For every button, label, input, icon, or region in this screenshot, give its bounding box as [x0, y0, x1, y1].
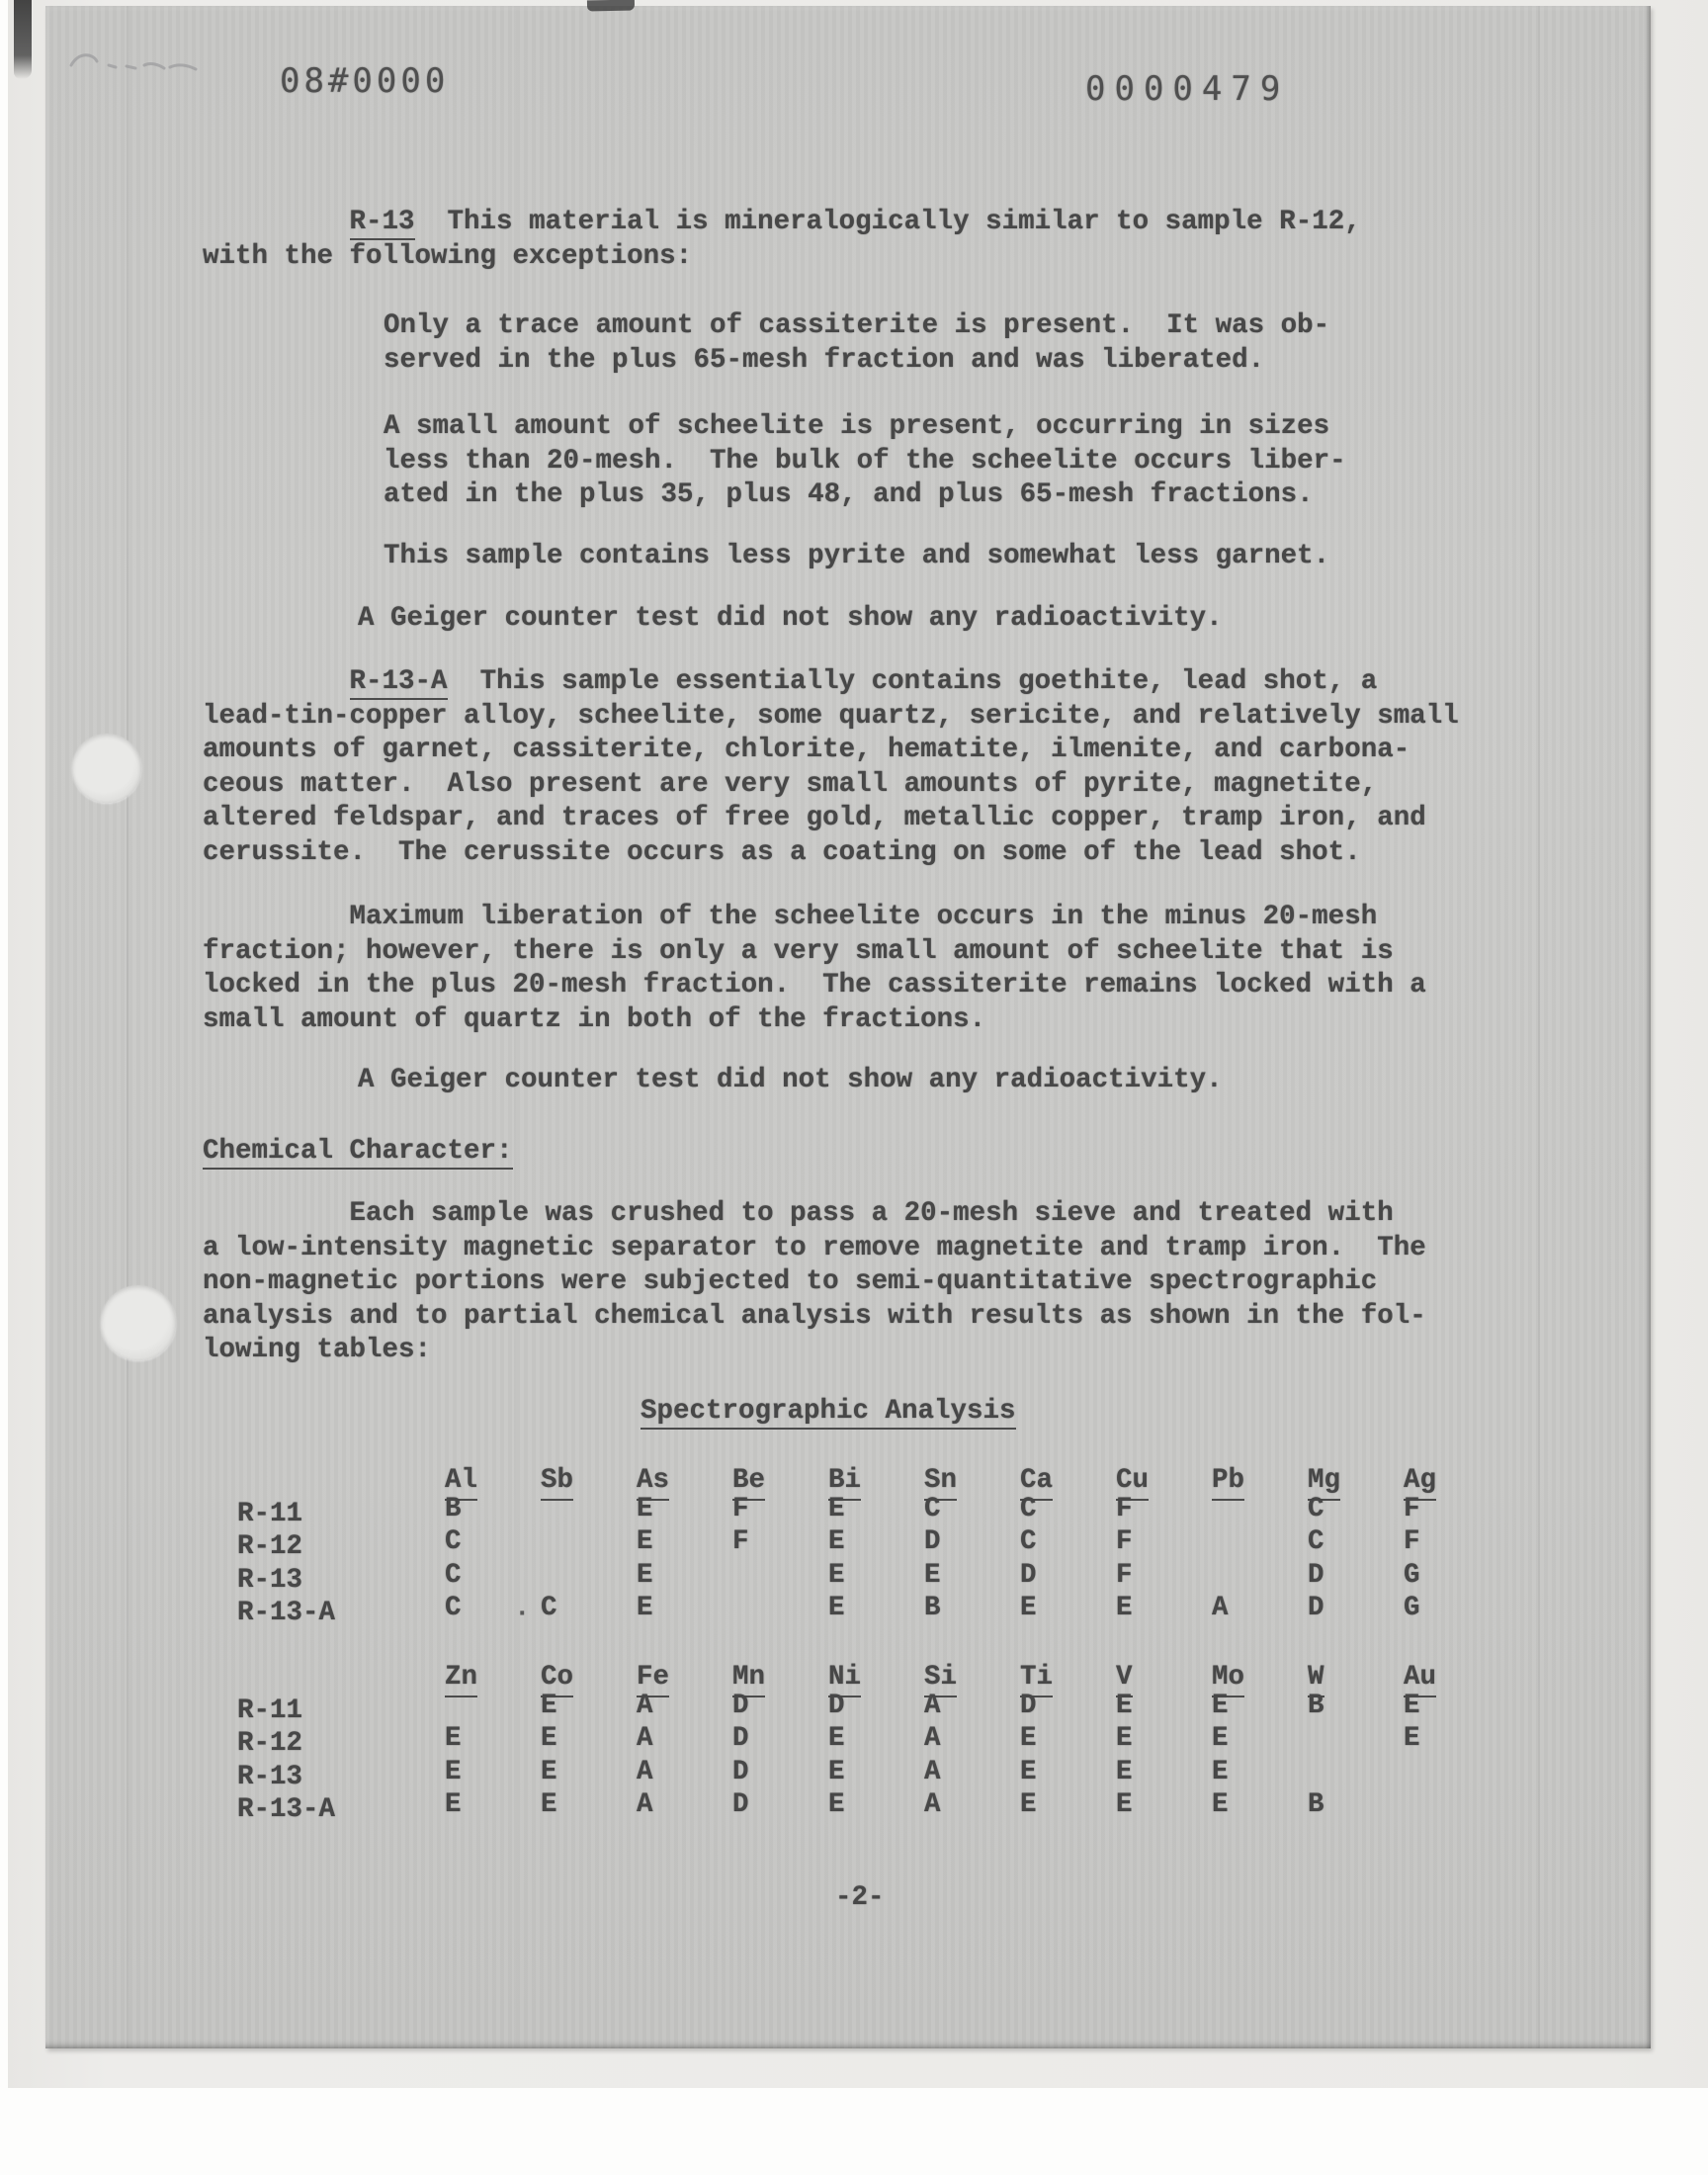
stamp-number-left: 08#0000	[280, 63, 449, 99]
corner-cell	[237, 1661, 445, 1695]
row-label: R-13	[237, 1761, 445, 1794]
scanned-document-page: { "page": { "stamp_left": "08#0000", "st…	[0, 0, 1708, 2175]
paragraph-r13a: R-13-A This sample essentially contains …	[203, 665, 1459, 870]
table-cell: C	[445, 1525, 541, 1559]
table-cell	[1404, 1756, 1499, 1789]
table-cell: E	[828, 1788, 924, 1822]
table-cell: E	[1212, 1756, 1308, 1789]
table-cell: D	[1308, 1592, 1404, 1625]
row-label: R-13-A	[237, 1793, 445, 1827]
table-cell	[541, 1493, 637, 1526]
table-cell: E	[828, 1525, 924, 1559]
table-cell: C	[1308, 1493, 1404, 1526]
sample-id-r13a: R-13-A	[350, 666, 448, 700]
paragraph-text: lead-tin-copper alloy, scheelite, some q…	[203, 701, 1459, 868]
table-cell	[732, 1559, 828, 1593]
corner-cell	[237, 1464, 445, 1498]
table-cell: A	[924, 1756, 1020, 1789]
punch-hole	[72, 734, 141, 803]
punch-hole	[101, 1285, 176, 1360]
row-label: R-12	[237, 1727, 445, 1761]
table-cell: F	[1404, 1493, 1499, 1526]
table-cell: E	[541, 1756, 637, 1789]
table-cell: E	[541, 1690, 637, 1723]
table-cell: E	[828, 1559, 924, 1593]
table-cell: A	[637, 1722, 732, 1756]
table-cell: F	[1404, 1525, 1499, 1559]
table-cell: F	[1116, 1525, 1212, 1559]
paragraph-text: with the following exceptions:	[203, 241, 692, 272]
table-cell: E	[541, 1788, 637, 1822]
table-cell: E	[637, 1493, 732, 1526]
spectrographic-table-1: Al Sb As Be Bi Sn Ca Cu Pb Mg Ag R-11 B …	[237, 1464, 1499, 1630]
table-cell: A	[924, 1788, 1020, 1822]
table-cell: E	[1020, 1788, 1116, 1822]
table-cell: A	[924, 1722, 1020, 1756]
paragraph-scheelite: A small amount of scheelite is present, …	[384, 410, 1346, 513]
table-cell: E	[1212, 1722, 1308, 1756]
table-cell: G	[1404, 1592, 1499, 1625]
table-cell: E	[637, 1559, 732, 1593]
table-cell	[1212, 1559, 1308, 1593]
paragraph-pyrite: This sample contains less pyrite and som…	[384, 540, 1329, 574]
paragraph-text: This sample essentially contains goethit…	[448, 666, 1378, 697]
table-cell	[1212, 1525, 1308, 1559]
paragraph-geiger-2: A Geiger counter test did not show any r…	[358, 1064, 1223, 1098]
table-cell: D	[1020, 1690, 1116, 1723]
table-cell: E	[828, 1592, 924, 1625]
table-cell: C	[1020, 1525, 1116, 1559]
table-cell: D	[732, 1756, 828, 1789]
row-label: R-11	[237, 1498, 445, 1531]
heading-text: Spectrographic Analysis	[640, 1396, 1016, 1430]
table-cell: A	[637, 1788, 732, 1822]
table-cell: E	[1404, 1722, 1499, 1756]
paragraph-cassiterite: Only a trace amount of cassiterite is pr…	[384, 309, 1329, 378]
table-cell	[1404, 1788, 1499, 1822]
table-cell	[1308, 1722, 1404, 1756]
table-cell: E	[1116, 1722, 1212, 1756]
scan-edge-artifact	[587, 0, 635, 11]
table-cell	[1308, 1756, 1404, 1789]
table-cell: D	[732, 1690, 828, 1723]
paragraph-chemical: Each sample was crushed to pass a 20-mes…	[203, 1197, 1426, 1368]
table-cell: F	[732, 1493, 828, 1526]
table-cell	[541, 1525, 637, 1559]
stamp-number-right: 0000479	[1085, 71, 1289, 107]
table-cell: E	[541, 1722, 637, 1756]
table-cell: C	[924, 1493, 1020, 1526]
page-number: -2-	[835, 1881, 885, 1916]
heading-text: Chemical Character:	[203, 1136, 513, 1170]
table-cell: D	[1020, 1559, 1116, 1593]
table-cell: E	[828, 1756, 924, 1789]
table-cell: E	[1116, 1788, 1212, 1822]
table-cell: E	[1116, 1690, 1212, 1723]
table-cell: E	[445, 1788, 541, 1822]
paragraph-geiger-1: A Geiger counter test did not show any r…	[358, 602, 1223, 637]
table-cell: E	[637, 1525, 732, 1559]
table-cell: B	[924, 1592, 1020, 1625]
table-cell: C	[445, 1559, 541, 1593]
sample-id-r13: R-13	[350, 207, 415, 240]
table-cell: E	[1020, 1756, 1116, 1789]
table-cell: E	[1404, 1690, 1499, 1723]
table-cell: C	[1308, 1525, 1404, 1559]
table-cell: E	[1020, 1592, 1116, 1625]
ink-speck-artifact: ·	[514, 1598, 531, 1632]
table-cell: C	[541, 1592, 637, 1625]
table-cell: D	[1308, 1559, 1404, 1593]
table-cell	[445, 1690, 541, 1723]
table-cell: E	[445, 1722, 541, 1756]
table-cell: E	[1116, 1592, 1212, 1625]
table-cell: B	[1308, 1690, 1404, 1723]
table-cell: D	[828, 1690, 924, 1723]
table-heading-spectrographic-analysis: Spectrographic Analysis	[640, 1395, 1016, 1430]
table-cell: E	[924, 1559, 1020, 1593]
table-cell: E	[1212, 1788, 1308, 1822]
table-cell: E	[637, 1592, 732, 1625]
table-cell: E	[828, 1722, 924, 1756]
table-cell: F	[1116, 1493, 1212, 1526]
table-cell: G	[1404, 1559, 1499, 1593]
indent	[203, 666, 350, 697]
table-cell: F	[1116, 1559, 1212, 1593]
paragraph-text: This material is mineralogically similar…	[415, 207, 1361, 237]
table-cell	[541, 1559, 637, 1593]
paragraph-r13: R-13 This material is mineralogically si…	[203, 206, 1361, 274]
scan-edge-artifact	[14, 0, 32, 79]
table-cell: D	[732, 1722, 828, 1756]
table-cell: B	[445, 1493, 541, 1526]
table-cell: B	[1308, 1788, 1404, 1822]
indent	[203, 207, 350, 237]
paragraph-liberation: Maximum liberation of the scheelite occu…	[203, 901, 1426, 1037]
table-cell: C	[1020, 1493, 1116, 1526]
row-label: R-13	[237, 1564, 445, 1598]
table-cell	[1212, 1493, 1308, 1526]
table-cell: F	[732, 1525, 828, 1559]
table-cell: A	[924, 1690, 1020, 1723]
pencil-mark	[65, 42, 213, 77]
section-heading-chemical-character: Chemical Character:	[203, 1135, 513, 1170]
row-label: R-13-A	[237, 1597, 445, 1630]
table-cell: E	[1116, 1756, 1212, 1789]
table-cell	[732, 1592, 828, 1625]
table-cell: E	[1212, 1690, 1308, 1723]
table-cell: D	[924, 1525, 1020, 1559]
table-cell: E	[828, 1493, 924, 1526]
table-cell: E	[1020, 1722, 1116, 1756]
table-cell: A	[637, 1756, 732, 1789]
spectrographic-table-2: Zn Co Fe Mn Ni Si Ti V Mo W Au R-11 E A …	[237, 1661, 1499, 1827]
table-cell: A	[637, 1690, 732, 1723]
row-label: R-11	[237, 1695, 445, 1728]
table-cell: D	[732, 1788, 828, 1822]
row-label: R-12	[237, 1530, 445, 1564]
table-cell: A	[1212, 1592, 1308, 1625]
table-cell: E	[445, 1756, 541, 1789]
